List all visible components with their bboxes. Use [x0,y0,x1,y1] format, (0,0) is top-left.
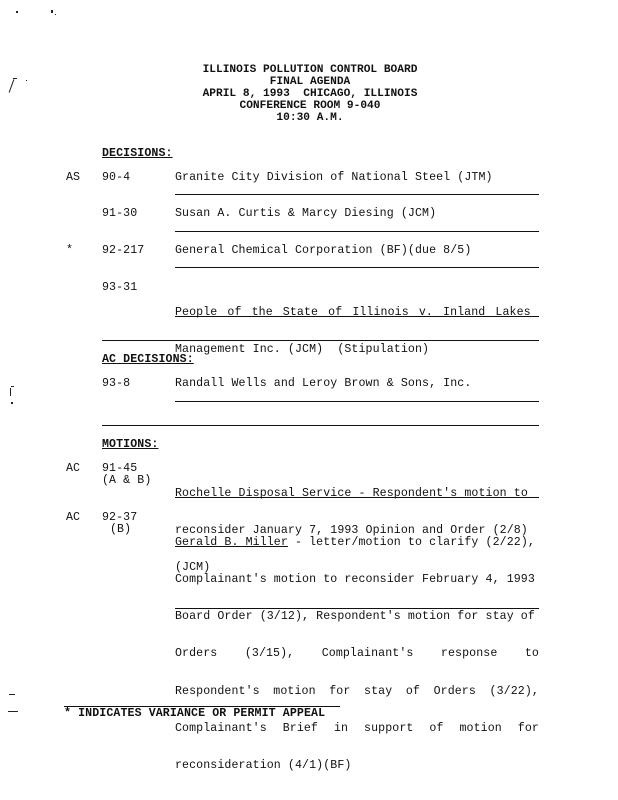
scan-artifact [10,388,11,396]
case-title: Susan A. Curtis & Marcy Diesing (JCM) [175,208,436,220]
case-title-line-1: People of the State of Illinois v. Inlan… [175,307,531,319]
scan-artifact [55,14,56,15]
case-number: 91-30 [102,208,137,220]
meeting-room: CONFERENCE ROOM 9-040 [160,100,460,112]
scan-artifact [26,80,27,81]
item-marker: AC [66,512,80,524]
motion-desc-line-2: Complainant's motion to reconsider Febru… [175,574,539,586]
scan-artifact [9,79,15,92]
meeting-date-location: APRIL 8, 1993 CHICAGO, ILLINOIS [160,88,460,100]
scan-artifact [13,78,17,79]
notes-line [175,608,539,609]
case-number: 93-8 [102,378,130,390]
meeting-time: 10:30 A.M. [160,112,460,124]
case-title: Randall Wells and Leroy Brown & Sons, In… [175,378,471,390]
case-title: Granite City Division of National Steel … [175,172,493,184]
case-title-line-2: Management Inc. (JCM) (Stipulation) [175,344,539,356]
notes-line [175,194,539,195]
scan-artifact [11,386,14,387]
case-number: 92-217 [102,245,144,257]
footnote: * INDICATES VARIANCE OR PERMIT APPEAL [64,708,325,720]
notes-line [175,267,539,268]
section-divider [102,340,539,341]
motions-heading: MOTIONS: [102,439,158,451]
decisions-heading: DECISIONS: [102,148,173,160]
notes-line [212,497,539,498]
scan-artifact [8,711,18,712]
motion-desc-line-1: - letter/motion to clarify (2/22), [288,536,535,549]
motion-desc-line-6: Complainant's Brief in support of motion… [175,723,539,735]
section-divider [102,425,539,426]
case-number: 90-4 [102,172,130,184]
variance-marker: * [66,245,73,257]
motion-desc-line-3: Board Order (3/12), Respondent's motion … [175,611,539,623]
notes-line [175,316,539,317]
case-subnumber: (A & B) [102,475,151,487]
scan-artifact [9,694,15,695]
scan-artifact [11,402,13,404]
motion-desc-line-7: reconsideration (4/1)(BF) [175,760,539,772]
motion-desc-line-5: Respondent's motion for stay of Orders (… [175,686,539,698]
item-marker: AS [66,172,80,184]
case-title: People of the State of Illinois v. Inlan… [175,282,539,369]
case-number: 93-31 [102,282,137,294]
scan-artifact [51,10,53,13]
motion-text: Gerald B. Miller - letter/motion to clar… [175,512,539,785]
board-name: ILLINOIS POLLUTION CONTROL BOARD [160,64,460,76]
agenda-title: FINAL AGENDA [160,76,460,88]
notes-line [175,231,539,232]
party-name: Gerald B. Miller [175,536,288,549]
notes-line [175,401,539,402]
item-marker: AC [66,463,80,475]
case-subnumber: (B) [110,524,131,536]
ac-decisions-heading: AC DECISIONS: [102,354,194,366]
case-title: General Chemical Corporation (BF)(due 8/… [175,245,471,257]
motion-desc-line-4: Orders (3/15), Complainant's response to [175,648,539,660]
scan-artifact [16,11,18,13]
